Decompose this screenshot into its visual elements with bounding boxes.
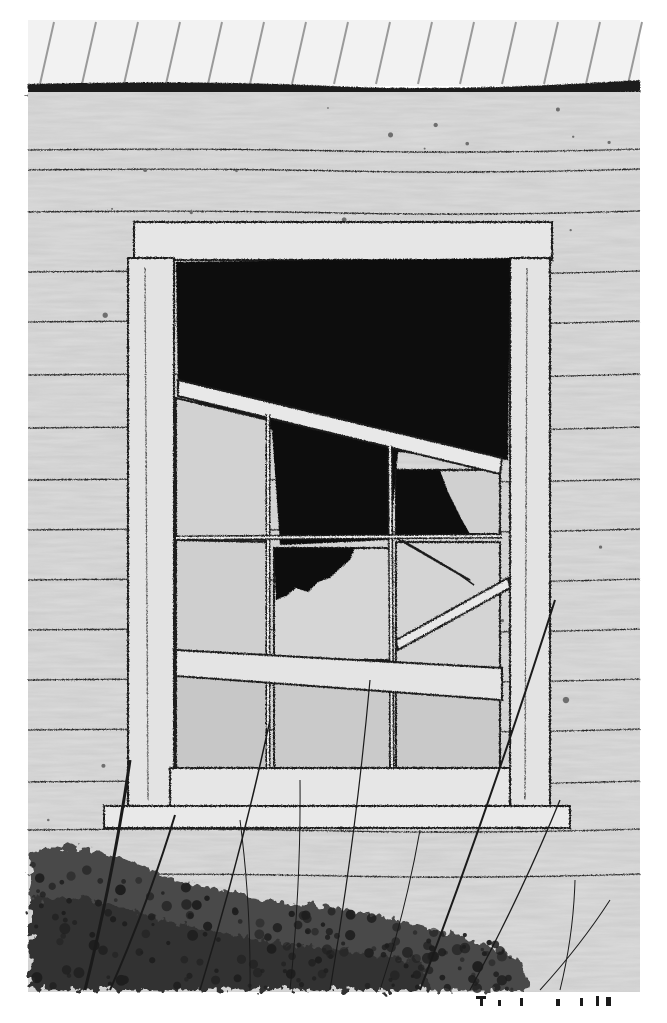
ink-wash-illustration <box>0 0 667 1023</box>
roof <box>25 20 642 97</box>
